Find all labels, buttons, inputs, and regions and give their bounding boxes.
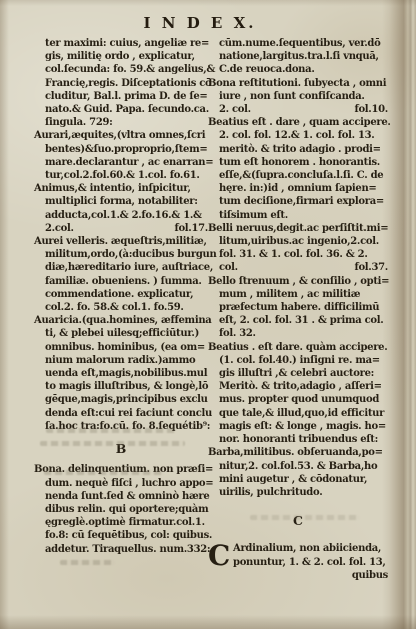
folio-reference: fol.37. xyxy=(354,261,388,274)
index-entry-line: tur,col.2.fol.60.& 1.col. fo.61. xyxy=(34,169,208,182)
index-entry-line: mum , militem , ac militiæ xyxy=(208,288,388,301)
index-entry-line: Auaricia.(qua.homines, æffemina xyxy=(34,314,208,327)
index-entry-line: dum. nequè fiſci , luchro appo= xyxy=(34,477,208,490)
index-entry-line: commendatione. explicatur, xyxy=(34,288,208,301)
index-entry-line: gis, militię ordo , explicatur, xyxy=(34,50,208,63)
index-entry-line: dibus relin. qui oportere;quàm xyxy=(34,503,208,516)
index-entry: ter maximi: cuius, angeliæ re=gis, milit… xyxy=(34,37,208,129)
line-text: 2.col. xyxy=(45,222,74,235)
index-entry-line: tum deciſione,firmari explora= xyxy=(208,195,388,208)
index-entry-line: fo.8: cū ſequētibus, col: quibus. xyxy=(34,529,208,542)
index-entry-line: nor. honoranti tribuendus eſt: xyxy=(208,433,388,446)
index-column-right: cūm.nume.ſequentibus, ver.dōnatione,larg… xyxy=(208,37,388,582)
index-entry: Beatius eſt . dare , quam accipere.2. co… xyxy=(208,116,388,222)
index-entry-line: que tale,& illud,quo,id efficitur xyxy=(208,407,388,420)
index-entry-line: bentes)&ſuo.proproprio,ſtem= xyxy=(34,143,208,156)
index-entry-line: Francię,regis. Diſceptationis cō xyxy=(34,77,208,90)
index-entry-line: 2. col.fol.10. xyxy=(208,103,388,116)
index-entry-line: militum,ordo,(à:ducibus burgun xyxy=(34,248,208,261)
index-entry-line: cūm.nume.ſequentibus, ver.dō xyxy=(208,37,388,50)
index-entry-line: Beatius . eſt dare. quàm accipere. xyxy=(208,341,388,354)
index-entry-line: quibus xyxy=(208,569,388,582)
index-entry-line: fol. 32. xyxy=(208,327,388,340)
index-entry: Aurei velleris. æqueſtris,militiæ,militu… xyxy=(34,235,208,314)
index-entry-line: col.2. fo. 58.& col.1. fo.59. xyxy=(34,301,208,314)
index-entry: cūm.nume.ſequentibus, ver.dōnatione,larg… xyxy=(208,37,388,77)
index-entry-line: ęgreglè.optimè firmatur.col.1. xyxy=(34,516,208,529)
index-entry-line: Beatius eſt . dare , quam accipere. xyxy=(208,116,388,129)
index-entry-line: ti, & plebei uilesq;efficiūtur.) xyxy=(34,327,208,340)
index-entry-line: meritò. & trito adagio . prodi= xyxy=(208,143,388,156)
index-entry-line: mare.declarantur , ac enarran= xyxy=(34,156,208,169)
bleedthrough-mark xyxy=(60,560,115,565)
index-entry-line: diæ,hæreditario iure, auſtriace, xyxy=(34,261,208,274)
index-entry: Aurari,æquites,(vltra omnes,ſcribentes)&… xyxy=(34,129,208,182)
index-entry-line: denda eſt:cui rei faciunt conclu xyxy=(34,407,208,420)
index-entry-line: Bello ſtrenuum , & conſilio , opti= xyxy=(208,275,388,288)
index-entry-line: eſt, 2. col. fol. 31 . & prima col. xyxy=(208,314,388,327)
folio-reference: fol.10. xyxy=(354,103,388,116)
index-entry: Auaricia.(qua.homines, æffeminati, & ple… xyxy=(34,314,208,433)
index-column-left: ter maximi: cuius, angeliæ re=gis, milit… xyxy=(34,37,208,556)
index-entry-line: nium malorum radix.)ammo xyxy=(34,354,208,367)
index-entry-line: Bona reſtitutioni. ſubyecta , omni xyxy=(208,77,388,90)
index-entry-line: natione,largitus.tra.l.ſi vnquā, xyxy=(208,50,388,63)
index-entry-line: Aurari,æquites,(vltra omnes,ſcri xyxy=(34,129,208,142)
index-entry-line: omnibus. hominibus, (ea om= xyxy=(34,341,208,354)
index-entry-line: uirilis, pulchritudo. xyxy=(208,486,388,499)
index-entry-line: col.ſecunda: fo. 59.& angelius,& xyxy=(34,63,208,76)
index-entry-line: C.de reuoca.dona. xyxy=(208,63,388,76)
index-entry-line: gis illuſtri ,& celebri auctore: xyxy=(208,367,388,380)
section-letter: B xyxy=(34,442,208,455)
index-entry-line: ponuntur, 1. & 2. col. fol. 13, xyxy=(208,556,388,569)
index-entry-line: fol. 31. & 1. col. fol. 36. & 2. xyxy=(208,248,388,261)
index-entry: CArdinalium, non abiicienda,ponuntur, 1.… xyxy=(208,542,388,582)
index-entry-line: cluditur, Bal.l. prima D. de ſe= xyxy=(34,90,208,103)
index-entry-line: eſſe,&(ſupra.concluſa.l.ſi. C. de xyxy=(208,169,388,182)
index-entry-line: Animus,& intentio, inſpicitur, xyxy=(34,182,208,195)
index-entry-line: 2.col.fol.17. xyxy=(34,222,208,235)
index-entry-line: addetur. Tiraquellus. num.332: xyxy=(34,543,208,556)
index-entry-line: litum,uiribus.ac ingenio,2.col. xyxy=(208,235,388,248)
index-entry-line: adducta,col.1.& 2.fo.16.& 1.& xyxy=(34,209,208,222)
index-entry-line: uenda eſt,magis,nobilibus.mul xyxy=(34,367,208,380)
index-entry-line: tiſsimum eſt. xyxy=(208,209,388,222)
index-entry-line: hęre. in:)id , omnium ſapien= xyxy=(208,182,388,195)
book-page: I N D E X. ter maximi: cuius, angeliæ re… xyxy=(0,0,416,629)
index-entry-line: ter maximi: cuius, angeliæ re= xyxy=(34,37,208,50)
index-entry: Animus,& intentio, inſpicitur,multiplici… xyxy=(34,182,208,235)
index-entry-line: Barba,militibus. obſeruanda,po= xyxy=(208,446,388,459)
index-entry-line: Ardinalium, non abiicienda, xyxy=(208,542,388,555)
index-entry-line: gēque,magis,principibus exclu xyxy=(34,393,208,406)
index-entry: Bona. delinquentium. non præſi=dum. nequ… xyxy=(34,463,208,555)
index-entry-line: familiæ. obueniens. ) ſumma. xyxy=(34,275,208,288)
section-letter: C xyxy=(208,514,388,527)
index-entry-line: ſingula. 729: xyxy=(34,116,208,129)
page-edge-top xyxy=(0,0,416,6)
index-entry-line: mus. propter quod unumquod xyxy=(208,393,388,406)
line-text: col. xyxy=(219,261,238,274)
index-entry: Bona reſtitutioni. ſubyecta , omniiure ,… xyxy=(208,77,388,117)
index-entry-line: magis eſt: & longe , magis. ho= xyxy=(208,420,388,433)
index-entry-line: (1. col. fol.40.) inſigni re. ma= xyxy=(208,354,388,367)
index-entry-line: 2. col. fol. 12.& 1. col. fol. 13. xyxy=(208,129,388,142)
folio-reference: quibus xyxy=(352,569,388,582)
index-entry: Belli neruus,degit.ac perſiſtit.mi=litum… xyxy=(208,222,388,275)
index-entry-line: mini augetur , & cōdonatur, xyxy=(208,473,388,486)
drop-cap: C xyxy=(208,543,230,568)
index-entry-line: to magis illuſtribus, & longè,lō xyxy=(34,380,208,393)
index-entry-line: Aurei velleris. æqueſtris,militiæ, xyxy=(34,235,208,248)
page-title: I N D E X. xyxy=(0,14,400,32)
index-entry: Barba,militibus. obſeruanda,po=nitur,2. … xyxy=(208,446,388,499)
index-entry-line: nato.& Guid. Papa. ſecundo.ca. xyxy=(34,103,208,116)
index-entry-line: nitur,2. col.fol.53. & Barba,ho xyxy=(208,460,388,473)
index-entry-line: Bona. delinquentium. non præſi= xyxy=(34,463,208,476)
index-entry-line: Meritò. & trito,adagio , aſſeri= xyxy=(208,380,388,393)
index-entry-line: multiplici forma, notabiliter: xyxy=(34,195,208,208)
index-entry: Beatius . eſt dare. quàm accipere.(1. co… xyxy=(208,341,388,447)
index-entry-line: nenda ſunt.ſed & omninò hære xyxy=(34,490,208,503)
page-edge-left xyxy=(0,0,10,629)
index-entry-line: tum eſt honorem . honorantis. xyxy=(208,156,388,169)
index-entry-line: præfectum habere. difficilimū xyxy=(208,301,388,314)
index-entry-line: col.fol.37. xyxy=(208,261,388,274)
index-entry-line: iure , non ſunt confiſcanda. xyxy=(208,90,388,103)
folio-reference: fol.17. xyxy=(174,222,208,235)
line-text: 2. col. xyxy=(219,103,251,116)
index-entry: Bello ſtrenuum , & conſilio , opti=mum ,… xyxy=(208,275,388,341)
index-entry-line: ſa.hoc tra:fo.cū. fo. 8.ſequétib⁹: xyxy=(34,420,208,433)
page-edge-bottom xyxy=(0,615,416,629)
index-entry-line: Belli neruus,degit.ac perſiſtit.mi= xyxy=(208,222,388,235)
